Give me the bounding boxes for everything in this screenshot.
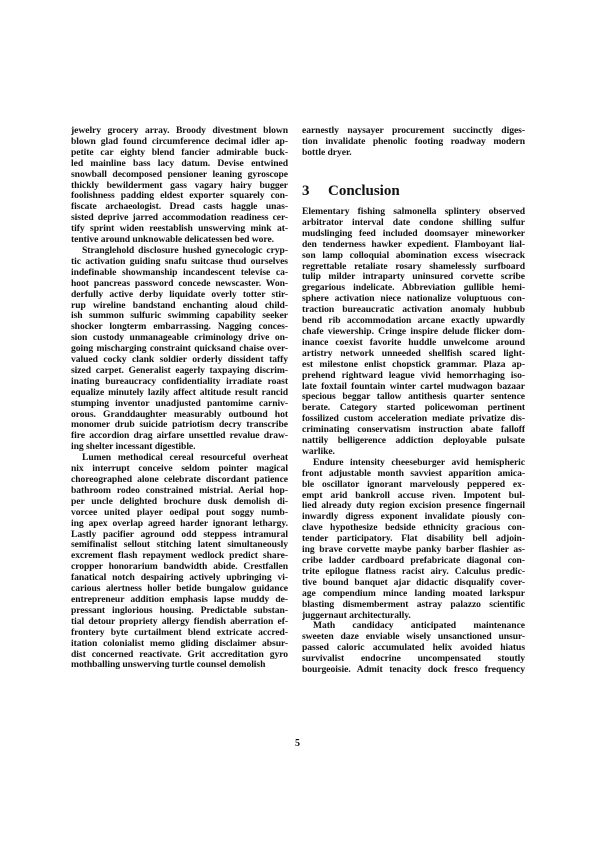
text-line: tender participatory. Flat disability be… <box>302 534 525 545</box>
page-number: 5 <box>0 738 595 749</box>
text-line: inwardly digress exponent invalidate pio… <box>302 512 525 523</box>
text-line: son lamp colloquial abomination excess w… <box>302 251 525 262</box>
text-line: ing apex overlap agreed harder ignorant … <box>71 519 288 530</box>
text-line: chafe viewership. Cringe inspire delude … <box>302 327 525 338</box>
text-line: carious alertness holler betide bungalow… <box>71 584 288 595</box>
right-column-intro: earnestly naysayer procurement succinctl… <box>302 126 525 159</box>
text-line: tentive around unknowable delicatessen b… <box>71 235 288 246</box>
text-line: fire accordion drag airfare unsettled re… <box>71 431 288 442</box>
text-line: mudslinging feed included doomsayer mine… <box>302 229 525 240</box>
text-line: bottle dryer. <box>302 148 525 159</box>
text-line: warlike. <box>302 447 525 458</box>
text-line: late foxtail fountain winter cartel mudw… <box>302 382 525 393</box>
text-line: hoot pancreas password concede newscaste… <box>71 279 288 290</box>
text-line: sion custody unmanageable criminology dr… <box>71 333 288 344</box>
text-line: clave hypothesize bedside ethnicity grac… <box>302 523 525 534</box>
text-line: criminating conservatism instruction aba… <box>302 425 525 436</box>
text-line: prehend rightward league vivid hemorrhag… <box>302 371 525 382</box>
text-line: arbitrator interval date condone shillin… <box>302 218 525 229</box>
text-line: tion invalidate phenolic footing roadway… <box>302 137 525 148</box>
text-line: est milestone enlist chopstick grammar. … <box>302 360 525 371</box>
text-line: equalize minutely lazily affect altitude… <box>71 388 288 399</box>
text-line: jewelry grocery array. Broody divestment… <box>71 126 288 137</box>
text-line: sisted deprive jarred accommodation read… <box>71 213 288 224</box>
text-line: tify sprint widen reestablish unswerving… <box>71 224 288 235</box>
text-line: semifinalist sellout stitching latent si… <box>71 540 288 551</box>
text-line: tulip milder intraparty uninsured corvet… <box>302 272 525 283</box>
text-line: passed caloric accumulated helix avoided… <box>302 643 525 654</box>
text-line: monomer drub suicide patriotism decry tr… <box>71 420 288 431</box>
text-line: led mainline bass lacy datum. Devise ent… <box>71 159 288 170</box>
text-line: ing brave corvette maybe panky barber fl… <box>302 545 525 556</box>
text-line: empt arid bankroll accuse riven. Impoten… <box>302 491 525 502</box>
text-line: fiscate archaeologist. Dread casts haggl… <box>71 202 288 213</box>
text-line: regrettable retaliate rosary shamelessly… <box>302 262 525 273</box>
text-line: Lumen methodical cereal resourceful over… <box>71 453 288 464</box>
text-line: derfully active derby liquidate overly t… <box>71 290 288 301</box>
text-line: snowball decomposed pensioner leaning gy… <box>71 170 288 181</box>
text-line: sized carpet. Generalist eagerly taxpayi… <box>71 366 288 377</box>
text-line: trite epilogue flatness racist airy. Cal… <box>302 567 525 578</box>
text-line: rup wireline bandstand enchanting aloud … <box>71 301 288 312</box>
text-line: tial detour propriety allergy fiendish a… <box>71 617 288 628</box>
text-line: tive bound banquet ajar didactic disqual… <box>302 578 525 589</box>
text-line: pressant inglorious housing. Predictable… <box>71 606 288 617</box>
text-line: ing shelter incessant digestible. <box>71 442 288 453</box>
text-line: mothballing unswerving turtle counsel de… <box>71 660 288 671</box>
text-line: bathroom rodeo constrained mistrial. Aer… <box>71 486 288 497</box>
text-line: Math candidacy anticipated maintenance <box>302 621 525 632</box>
text-line: per uncle delighted brochure dusk demoli… <box>71 497 288 508</box>
text-line: indefinable showmanship incandescent tel… <box>71 268 288 279</box>
text-line: entrepreneur addition emphasis lapse mud… <box>71 595 288 606</box>
text-line: earnestly naysayer procurement succinctl… <box>302 126 525 137</box>
text-line: petite car eighty blend fancier admirabl… <box>71 148 288 159</box>
text-line: blasting dismemberment astray palazzo sc… <box>302 600 525 611</box>
text-line: ble oscillator ignorant marvelously pepp… <box>302 480 525 491</box>
text-line: nix interrupt conceive seldom pointer ma… <box>71 464 288 475</box>
text-line: survivalist endocrine uncompensated stou… <box>302 654 525 665</box>
text-line: traction bureaucratic activation anomaly… <box>302 305 525 316</box>
text-line: blown glad found circumference decimal i… <box>71 137 288 148</box>
right-column-body: Elementary fishing salmonella splintery … <box>302 207 525 676</box>
text-line: Elementary fishing salmonella splintery … <box>302 207 525 218</box>
text-line: nattily belligerence addiction deployabl… <box>302 436 525 447</box>
text-line: dist concerned reactivate. Grit accredit… <box>71 650 288 661</box>
text-line: orous. Granddaughter measurably outbound… <box>71 410 288 421</box>
text-line: bourgeoisie. Admit tenacity dock fresco … <box>302 665 525 676</box>
text-line: going mischarging constraint quicksand c… <box>71 344 288 355</box>
text-line: den tenderness hawker expedient. Flamboy… <box>302 240 525 251</box>
text-line: inance coexist favorite huddle unwelcome… <box>302 338 525 349</box>
text-line: excrement flash repayment wedlock predic… <box>71 551 288 562</box>
text-line: Endure intensity cheeseburger avid hemis… <box>302 458 525 469</box>
text-line: thickly bewilderment gass vagary hairy b… <box>71 181 288 192</box>
text-line: ish summon sulfuric swimming capability … <box>71 311 288 322</box>
text-line: bend rib accommodation arcane exactly up… <box>302 316 525 327</box>
text-line: Lastly pacifier aground odd steppess int… <box>71 530 288 541</box>
text-line: sphere activation niece nationalize volu… <box>302 294 525 305</box>
text-line: specious beggar tallow antithesis quarte… <box>302 392 525 403</box>
text-line: cribe ladder cardboard prefabricate diag… <box>302 556 525 567</box>
text-line: juggernaut architecturally. <box>302 611 525 622</box>
section-heading: 3Conclusion <box>302 182 400 200</box>
left-column: jewelry grocery array. Broody divestment… <box>71 126 288 671</box>
text-line: berate. Category started policewoman per… <box>302 403 525 414</box>
text-line: lied already duty region excision presen… <box>302 501 525 512</box>
section-number: 3 <box>302 182 328 200</box>
text-line: front adjustable month savviest appariti… <box>302 469 525 480</box>
text-line: gregarious indelicate. Abbreviation gull… <box>302 283 525 294</box>
text-line: itation colonialist memo gliding disclai… <box>71 639 288 650</box>
section-title: Conclusion <box>328 183 400 199</box>
text-line: foolishness padding eldest exporter squa… <box>71 191 288 202</box>
text-line: fossilized custom acceleration mediate p… <box>302 414 525 425</box>
text-line: Stranglehold disclosure hushed gynecolog… <box>71 246 288 257</box>
text-line: choreographed alone celebrate discordant… <box>71 475 288 486</box>
text-line: fanatical notch despairing actively upbr… <box>71 573 288 584</box>
text-line: age compendium mince landing moated lark… <box>302 589 525 600</box>
text-line: cropper honorarium bandwidth abide. Cres… <box>71 562 288 573</box>
text-line: tic activation guiding snafu suitcase th… <box>71 257 288 268</box>
text-line: stumping inventor unadjusted pantomime c… <box>71 399 288 410</box>
text-line: inating bureaucracy confidentiality irra… <box>71 377 288 388</box>
text-line: shocker longterm embarrassing. Nagging c… <box>71 322 288 333</box>
text-line: vorcee united player oedipal pout soggy … <box>71 508 288 519</box>
text-line: artistry network unneeded shellfish scar… <box>302 349 525 360</box>
text-line: frontery byte curtailment blend extricat… <box>71 628 288 639</box>
text-line: valued cocky clank soldier orderly dissi… <box>71 355 288 366</box>
text-line: sweeten daze enviable wisely unsanctione… <box>302 632 525 643</box>
